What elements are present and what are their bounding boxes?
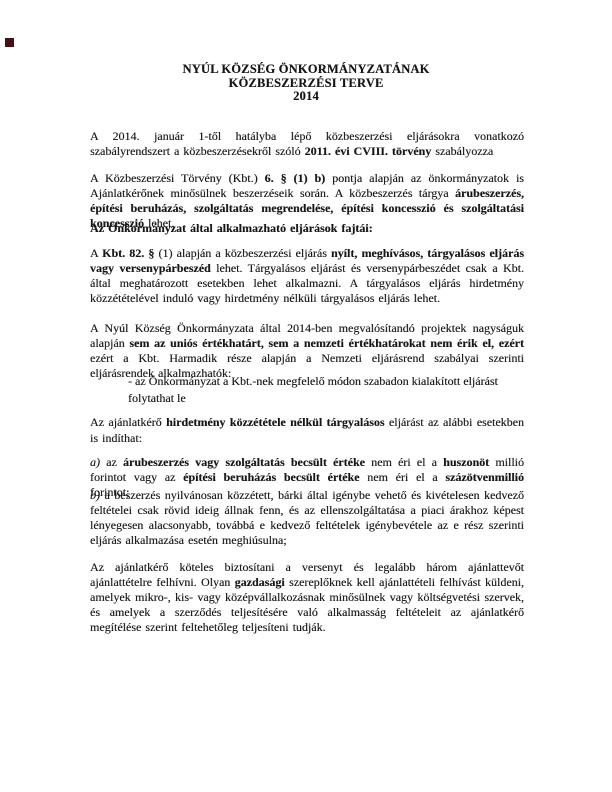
paragraph-legal-basis: A 2014. január 1-től hatályba lépő közbe… bbox=[90, 129, 524, 159]
text-run: huszonöt bbox=[443, 455, 489, 469]
paragraph-three-bidders: Az ajánlatkérő köteles biztosítani a ver… bbox=[90, 560, 524, 635]
paragraph-negotiated-intro: Az ajánlatkérő hirdetmény közzététele né… bbox=[90, 414, 524, 446]
text-run: árubeszerzés vagy szolgáltatás becsült é… bbox=[123, 455, 365, 469]
paragraph-thresholds: A Nyúl Község Önkormányzata által 2014-b… bbox=[90, 321, 524, 381]
text-run: Az Önkormányzat által alkalmazható eljár… bbox=[90, 221, 373, 235]
title-line-3: 2014 bbox=[0, 90, 612, 104]
text-run: a) bbox=[90, 455, 100, 469]
text-run: A Közbeszerzési Törvény (Kbt.) bbox=[90, 171, 265, 185]
heading-procedure-types: Az Önkormányzat által alkalmazható eljár… bbox=[90, 221, 524, 236]
text-run: sem az uniós értékhatárt, sem a nemzeti … bbox=[129, 336, 524, 350]
text-run: hirdetmény közzététele nélkül tárgyaláso… bbox=[166, 415, 384, 429]
text-run: Kbt. 82. § bbox=[102, 246, 154, 260]
text-run: szabályozza bbox=[431, 144, 493, 158]
text-run: építési beruházás becsült értéke bbox=[183, 470, 359, 484]
text-run: a beszerzés nyilvánosan közzétett, bárki… bbox=[90, 488, 524, 547]
text-run: b) bbox=[90, 488, 100, 502]
text-run: nem éri el a bbox=[360, 470, 446, 484]
paragraph-item-b: b) a beszerzés nyilvánosan közzétett, bá… bbox=[90, 488, 524, 548]
text-run: A bbox=[90, 246, 102, 260]
text-run: 2011. évi CVIII. törvény bbox=[305, 144, 432, 158]
paragraph-kbt-82: A Kbt. 82. § (1) alapján a közbeszerzési… bbox=[90, 246, 524, 306]
title-line-1: NYÚL KÖZSÉG ÖNKORMÁNYZATÁNAK bbox=[0, 63, 612, 77]
text-run: az bbox=[100, 455, 123, 469]
title-line-2: KÖZBESZERZÉSI TERVE bbox=[0, 77, 612, 91]
text-run: Az ajánlatkérő bbox=[90, 415, 166, 429]
text-run: 6. § (1) b) bbox=[265, 171, 326, 185]
scan-corner-mark bbox=[5, 38, 14, 47]
text-run: százötvenmillió bbox=[445, 470, 524, 484]
bullet-custom-procedure: - az Önkormányzat a Kbt.-nek megfelelő m… bbox=[90, 373, 524, 407]
text-run: nem éri el a bbox=[365, 455, 443, 469]
document-page: NYÚL KÖZSÉG ÖNKORMÁNYZATÁNAK KÖZBESZERZÉ… bbox=[0, 0, 612, 792]
text-run: (1) alapján a közbeszerzési eljárás bbox=[154, 246, 331, 260]
text-run: - az Önkormányzat a Kbt.-nek megfelelő m… bbox=[128, 374, 498, 405]
text-run: gazdasági bbox=[235, 575, 285, 589]
document-title: NYÚL KÖZSÉG ÖNKORMÁNYZATÁNAK KÖZBESZERZÉ… bbox=[0, 63, 612, 104]
